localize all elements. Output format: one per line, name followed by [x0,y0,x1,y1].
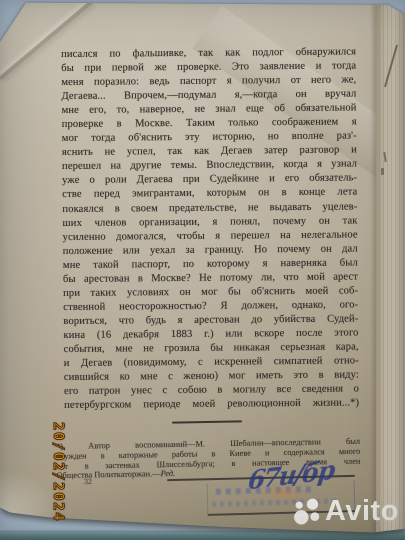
book-page-photo: писался по фальшивке, так как подлог обн… [0,0,405,540]
avito-watermark: Avito [293,497,399,526]
main-text-block: писался по фальшивке, так как подлог обн… [61,45,359,413]
avito-brand-text: Avito [325,497,399,526]
edge-crack [381,168,384,175]
footnote-editor-ref: Ред. [160,469,175,478]
photo-date-stamp: 20/02/2024 [50,422,66,522]
text-line: петербургском периоде моей революционной… [64,397,359,414]
page-number: 32 [84,477,92,486]
book-fore-edge [376,3,405,535]
avito-logo-icon [293,498,322,525]
footnote-closing-text: Общества Политкаторжан.— [57,470,161,481]
